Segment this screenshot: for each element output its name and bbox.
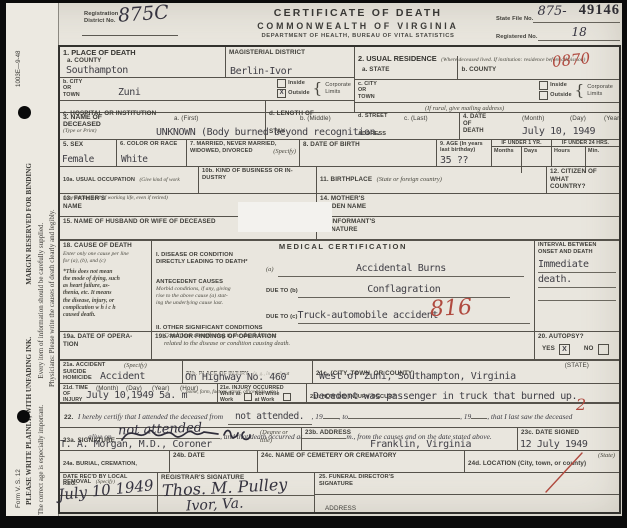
residence-county-label: b. COUNTY — [462, 66, 497, 74]
medical-certification-panel: MEDICAL CERTIFICATION I. DISEASE OR COND… — [152, 241, 535, 331]
box-23c-date-signed: 23c. DATE SIGNED 12 July 1949 — [518, 428, 619, 450]
interval-label: INTERVAL BETWEEN ONSET AND DEATH — [538, 242, 616, 255]
burial-date-label: 24b. DATE — [173, 452, 254, 460]
brace-glyph: { — [575, 84, 585, 98]
death-month-label: (Month) — [522, 115, 544, 123]
name-fields: a. (First) b. (Middle) c. (Last) UNKNOWN… — [140, 113, 459, 139]
box-6-color-race: 6. COLOR OR RACE White — [117, 140, 187, 166]
row-accident-place: 21a. ACCIDENT SUICIDE HOMICIDE (Specify)… — [60, 360, 619, 384]
while-at-work-checkbox — [244, 393, 252, 401]
date-operation-label: 19a. DATE OF OPERA- TION — [63, 333, 148, 348]
industry-label: 10b. KIND OF BUSINESS OR IN- DUSTRY — [202, 168, 313, 182]
autopsy-no-checkbox — [598, 344, 609, 355]
under-24hr-label: IF UNDER 24 HRS. — [552, 140, 619, 147]
findings-label: 19b. MAJOR FINDINGS OF OPERATION — [155, 333, 531, 341]
date-of-death-fields: (Month) (Day) (Year) July 10, 1949 — [518, 113, 619, 139]
binding-margin: 1003E—9-48 Form V. S. 12 PLEASE WRITE PL… — [6, 3, 59, 516]
margin-physicians-note: Physicians: Please write the causes of d… — [48, 209, 56, 387]
registration-district-block: Registration District No. 875C — [84, 11, 118, 25]
death-corporate-label: Corporate Limits — [325, 82, 351, 95]
autopsy-yes-checkbox: X — [559, 344, 570, 355]
state-file-label: State File No. — [496, 16, 533, 23]
box-17-informant: 17. INFORMANT'S SIGNATURE — [317, 217, 619, 239]
mother-name-label: 14. MOTHER'S MAIDEN NAME — [320, 195, 616, 210]
cause-b-value: Conflagration — [367, 284, 440, 295]
box-21f-how-injury: 21f. HOW DID INJURY OCCUR? Decedent was … — [307, 384, 619, 402]
address-value: Franklin, Virginia — [370, 439, 471, 450]
registrar-signature-cell: REGISTRAR'S SIGNATURE Thos. M. Pulley Iv… — [158, 473, 315, 512]
date-of-death-value: July 10, 1949 — [522, 126, 595, 137]
occupation-label: 10a. USUAL OCCUPATION — [63, 177, 135, 183]
cause-c-value: Truck-automobile accident — [298, 310, 439, 321]
state-file-handwritten: 875- — [537, 4, 566, 19]
box-23b-address: 23b. ADDRESS Franklin, Virginia — [302, 428, 518, 450]
punch-hole-top — [18, 106, 31, 119]
row-injury-time: 21d. TIME OF INJURY (Month) (Day) (Year)… — [60, 384, 619, 403]
cause-c-line: DUE TO (c)Truck-automobile accident — [266, 305, 534, 324]
state-file-stamp: 49146 — [579, 2, 620, 19]
margin-form-code: 1003E—9-48 — [15, 51, 22, 87]
residence-outside-label: Outside — [550, 92, 572, 99]
attended-to-blank — [348, 418, 460, 419]
state-county-divider — [457, 56, 458, 79]
accident-type-value: Accident — [100, 371, 145, 382]
deceased-name-value: UNKNOWN (Body burned beyond recognition. — [156, 127, 381, 138]
date-signed-label: 23c. DATE SIGNED — [521, 429, 616, 437]
cause-note-1: Enter only one cause per line for (a), (… — [63, 251, 148, 265]
age-value: 35 ?? — [440, 155, 468, 166]
address-label: 23b. ADDRESS — [305, 429, 514, 437]
box-11-birthplace: 11. BIRTHPLACE (State or foreign country… — [317, 167, 547, 193]
registrar-town-value: Ivor, Va. — [186, 496, 244, 515]
row-medical-certification: 18. CAUSE OF DEATH Enter only one cause … — [60, 240, 619, 332]
name-last-label: c. (Last) — [404, 115, 428, 123]
name-first-label: a. (First) — [174, 115, 198, 123]
box3-title: 3. NAME OF DECEASED — [63, 114, 137, 128]
box-10b-industry: 10b. KIND OF BUSINESS OR IN- DUSTRY — [199, 167, 317, 193]
place-of-injury-value: On Highway No. 460 — [185, 372, 286, 383]
death-outside-label: Outside — [288, 90, 310, 97]
box-21b-place-of-injury: 21b. PLACE OF INJURY (e. g., in or about… — [183, 361, 313, 383]
row-sex-race-age: 5. SEX Female 6. COLOR OR RACE White 7. … — [60, 140, 619, 167]
magisterial-district-value: Berlin-Ivor — [230, 66, 292, 77]
box-3-name-of-deceased: 3. NAME OF DECEASED (Type or Print) a. (… — [60, 113, 460, 139]
residence-city-cell: c. CITY OR TOWN Inside Outside { Corpora… — [355, 80, 619, 103]
death-inside-label: Inside — [288, 80, 305, 87]
state-file-row: State File No. 875-49146 — [496, 7, 620, 23]
box2-title: 2. USUAL RESIDENCE — [358, 54, 437, 63]
punch-hole-bottom — [17, 410, 30, 423]
registration-district-label: Registration District No. — [84, 11, 118, 25]
injury-location-value: West of Zuni, Southampton, Virginia — [319, 371, 516, 382]
street-address-note: (If rural, give mailing address) — [425, 105, 504, 113]
box-8-date-of-birth: 8. DATE OF BIRTH — [300, 140, 437, 166]
antecedent-note: Morbid conditions, if any, giving rise t… — [156, 286, 266, 307]
death-year-label: (Year) — [604, 115, 622, 123]
name-middle-label: b. (Middle) — [300, 115, 331, 123]
box-20-autopsy: 20. AUTOPSY? YES X NO — [535, 332, 619, 359]
box-10a-occupation: 10a. USUAL OCCUPATION (Give kind of work… — [60, 167, 199, 193]
box-14-mother: 14. MOTHER'S MAIDEN NAME — [317, 194, 619, 216]
disease-condition-label: I. DISEASE OR CONDITION DIRECTLY LEADING… — [156, 252, 266, 266]
cause-note-2: *This does not mean the mode of dying, s… — [63, 269, 148, 320]
box-21e-injury-occurred: 21e. INJURY OCCURRED While at Work Not W… — [218, 384, 307, 402]
box-1-place-of-death: 1. PLACE OF DEATH a. COUNTY Southampton … — [60, 47, 355, 112]
certificate-title: CERTIFICATE OF DEATH — [230, 7, 486, 19]
sex-value: Female — [62, 154, 94, 165]
residence-state-label: a. STATE — [362, 66, 390, 74]
not-while-at-work-checkbox — [283, 393, 291, 401]
residence-corporate-limits-group: Inside Outside { Corporate Limits — [539, 81, 613, 100]
color-race-value: White — [121, 154, 148, 165]
registration-district-line — [82, 35, 178, 36]
red-mark-2: 2 — [576, 395, 586, 414]
registered-number-label: Registered No. — [496, 34, 538, 41]
magisterial-district-label: MAGISTERIAL DISTRICT — [229, 49, 351, 57]
box4-title: 4. DATE OF DEATH — [463, 114, 515, 136]
citizenship-label: 12. CITIZEN OF WHAT COUNTRY? — [550, 168, 616, 191]
box-21a-accident: 21a. ACCIDENT SUICIDE HOMICIDE (Specify)… — [60, 361, 183, 383]
date-of-death-title-cell: 4. DATE OF DEATH — [460, 113, 518, 139]
not-while-at-work-label: Not While at Work — [255, 391, 280, 403]
box-24a-burial: 24a. BURIAL, CREMATION, REMOVAL (Specify… — [60, 451, 170, 472]
cause-c-underline: Truck-automobile accident — [298, 305, 530, 324]
age-label: 9. AGE (In years last birthday) — [440, 141, 488, 154]
county-of-death-label: a. COUNTY — [67, 57, 222, 65]
box-23a-signature: 23a. SIGNATURE (Degree or title) T. A. M… — [60, 428, 302, 450]
form-area: Registration District No. 875C CERTIFICA… — [58, 3, 622, 516]
certificate-subtitle: COMMONWEALTH OF VIRGINIA — [230, 21, 486, 31]
cause-a-underline: Accidental Burns — [278, 258, 524, 277]
box-19b-findings: 19b. MAJOR FINDINGS OF OPERATION — [152, 332, 535, 359]
how-injury-value: Decedent was passenger in truck that bur… — [313, 391, 577, 402]
cause-a-label: (a) — [266, 266, 273, 273]
interval-value-1: Immediate — [538, 259, 616, 273]
interval-blank-line — [538, 288, 616, 301]
box-24b-burial-date: 24b. DATE — [170, 451, 258, 472]
scanned-death-certificate: 1003E—9-48 Form V. S. 12 PLEASE WRITE PL… — [0, 0, 627, 528]
interval-value-2: death. — [538, 274, 616, 288]
box-12-citizenship: 12. CITIZEN OF WHAT COUNTRY? — [547, 167, 619, 193]
city-of-death-cell: b. CITY OR TOWN Zuni Inside XOutside { C… — [60, 78, 354, 101]
margin-note-line: The correct age is especially important.… — [37, 223, 45, 515]
year-blank-2 — [471, 418, 487, 419]
while-at-work-label: While at Work — [220, 391, 241, 403]
row-registrar: DATE REC'D BY LOCAL REG. July 10 1949 RE… — [60, 473, 619, 512]
red-pen-stroke — [540, 448, 588, 496]
magisterial-district-cell: MAGISTERIAL DISTRICT Berlin-Ivor — [225, 47, 354, 77]
box-21c-injury-location: 21c. (CITY, TOWN, OR COUNTY) (STATE) Wes… — [313, 361, 619, 383]
injury-state-label: (STATE) — [565, 362, 589, 370]
box-7-marital-status: 7. MARRIED, NEVER MARRIED, WIDOWED, DIVO… — [187, 140, 300, 166]
sex-label: 5. SEX — [63, 141, 113, 149]
certificate-paper: 1003E—9-48 Form V. S. 12 PLEASE WRITE PL… — [6, 3, 622, 516]
row-operation-autopsy: 19a. DATE OF OPERA- TION 19b. MAJOR FIND… — [60, 332, 619, 360]
cause-a-value: Accidental Burns — [356, 263, 446, 274]
age-under-1yr-group: IF UNDER 1 YR. Months Days — [492, 140, 552, 166]
certify-number: 22. — [64, 414, 73, 421]
death-inside-checkbox — [277, 79, 286, 88]
certify-text-3: , to — [339, 412, 348, 421]
name-title-cell: 3. NAME OF DECEASED (Type or Print) — [60, 113, 140, 139]
cause-b-underline: Conflagration — [298, 279, 510, 298]
cemetery-label: 24c. NAME OF CEMETERY OR CREMATORY — [261, 452, 461, 460]
box-21d-time-of-injury: 21d. TIME OF INJURY (Month) (Day) (Year)… — [60, 384, 218, 402]
certify-text-5: , that I last saw the deceased — [487, 412, 572, 421]
cause-b-label: DUE TO (b) — [266, 288, 298, 294]
file-number-block: State File No. 875-49146 Registered No. … — [496, 7, 620, 41]
row-place-residence: 1. PLACE OF DEATH a. COUNTY Southampton … — [60, 47, 619, 113]
registration-district-value: 875C — [117, 1, 169, 26]
brace-glyph: { — [313, 82, 323, 96]
row-parents-1: 13. FATHER'S NAME 14. MOTHER'S MAIDEN NA… — [60, 194, 619, 217]
row-signature: 23a. SIGNATURE (Degree or title) T. A. M… — [60, 428, 619, 451]
whiteout-patch — [238, 202, 332, 232]
birthplace-label: 11. BIRTHPLACE — [320, 176, 372, 183]
certify-text-2: , 19 — [312, 412, 323, 421]
cause-c-label: DUE TO (c) — [266, 314, 298, 320]
county-of-death-value: Southampton — [66, 65, 128, 76]
cause-a-line: (a) Accidental Burns — [266, 251, 534, 277]
row-name-date: 3. NAME OF DECEASED (Type or Print) a. (… — [60, 113, 619, 140]
color-race-label: 6. COLOR OR RACE — [120, 141, 183, 148]
box1-title: 1. PLACE OF DEATH — [63, 48, 222, 57]
cause-b-line: DUE TO (b)Conflagration — [266, 279, 534, 298]
box-19a-date-operation: 19a. DATE OF OPERA- TION — [60, 332, 152, 359]
funeral-address-label: ADDRESS — [325, 505, 356, 512]
death-day-label: (Day) — [570, 115, 586, 123]
birthplace-note: (State or foreign country) — [377, 176, 442, 183]
autopsy-label: 20. AUTOPSY? — [538, 333, 616, 341]
box-24c-cemetery: 24c. NAME OF CEMETERY OR CREMATORY — [258, 451, 465, 472]
row-burial: 24a. BURIAL, CREMATION, REMOVAL (Specify… — [60, 451, 619, 473]
accident-specify-label: (Specify) — [124, 362, 147, 370]
medical-certification-title: MEDICAL CERTIFICATION — [152, 241, 534, 251]
residence-inside-label: Inside — [550, 82, 567, 89]
margin-form-number: Form V. S. 12 — [15, 469, 22, 508]
row-occupation-birthplace: 10a. USUAL OCCUPATION (Give kind of work… — [60, 167, 619, 194]
county-of-death-cell: 1. PLACE OF DEATH a. COUNTY Southampton — [60, 47, 225, 77]
certificate-department: DEPARTMENT OF HEALTH, BUREAU OF VITAL ST… — [230, 33, 486, 39]
residence-corporate-label: Corporate Limits — [587, 84, 613, 97]
margin-reserved-binding: MARGIN RESERVED FOR BINDING — [25, 163, 33, 285]
state-file-line: 875-49146 — [533, 7, 620, 23]
death-corporate-limits-group: Inside XOutside { Corporate Limits — [277, 79, 351, 98]
certificate-header: CERTIFICATE OF DEATH COMMONWEALTH OF VIR… — [230, 7, 486, 39]
red-code-816: 816 — [429, 295, 472, 322]
residence-inside-checkbox — [539, 81, 548, 90]
box-9-age: 9. AGE (In years last birthday) 35 ?? — [437, 140, 492, 166]
box-4-date-of-death: 4. DATE OF DEATH (Month) (Day) (Year) Ju… — [460, 113, 619, 139]
autopsy-no-label: NO — [584, 345, 594, 353]
box3-type-or-print: (Type or Print) — [63, 128, 137, 135]
coroner-signature — [118, 420, 278, 446]
box-5-sex: 5. SEX Female — [60, 140, 117, 166]
margin-every-item-note: Every item of information should be care… — [37, 223, 45, 379]
date-received-cell: DATE REC'D BY LOCAL REG. July 10 1949 — [60, 473, 158, 512]
burial-location-state-label: (State) — [598, 452, 615, 460]
city-of-death-value: Zuni — [118, 87, 140, 98]
registered-number-value: 18 — [572, 25, 587, 39]
cause-of-death-title: 18. CAUSE OF DEATH — [63, 242, 148, 250]
autopsy-yes-label: YES — [542, 345, 555, 353]
margin-correct-age-note: The correct age is especially important. — [37, 405, 45, 515]
residence-outside-checkbox — [539, 91, 548, 100]
margin-bold-line: PLEASE WRITE PLAINLY, WITH UNFADING INK.… — [25, 163, 33, 505]
under-1yr-label: IF UNDER 1 YR. — [492, 140, 551, 147]
age-under-24hr-group: IF UNDER 24 HRS. Hours Min. — [552, 140, 619, 166]
interval-onset-death-cell: INTERVAL BETWEEN ONSET AND DEATH Immedia… — [535, 241, 619, 331]
death-outside-checkbox: X — [277, 89, 286, 98]
box-18-cause-of-death: 18. CAUSE OF DEATH Enter only one cause … — [60, 241, 152, 331]
form-grid: 1. PLACE OF DEATH a. COUNTY Southampton … — [58, 45, 621, 514]
registered-number-row: Registered No. 18 — [496, 27, 620, 41]
registered-number-line: 18 — [538, 27, 620, 41]
date-of-birth-label: 8. DATE OF BIRTH — [303, 141, 433, 149]
year-blank-1 — [323, 418, 339, 419]
row-spouse-informant: 15. NAME OF HUSBAND OR WIFE OF DECEASED … — [60, 217, 619, 240]
time-of-injury-value: July 10,1949 5a. m — [86, 390, 187, 401]
time-of-injury-label: 21d. TIME OF INJURY — [63, 385, 88, 404]
marital-specify-label: (Specify) — [273, 148, 296, 156]
informant-signature-label: 17. INFORMANT'S SIGNATURE — [320, 218, 616, 233]
certify-text-4: , 19 — [460, 412, 471, 421]
